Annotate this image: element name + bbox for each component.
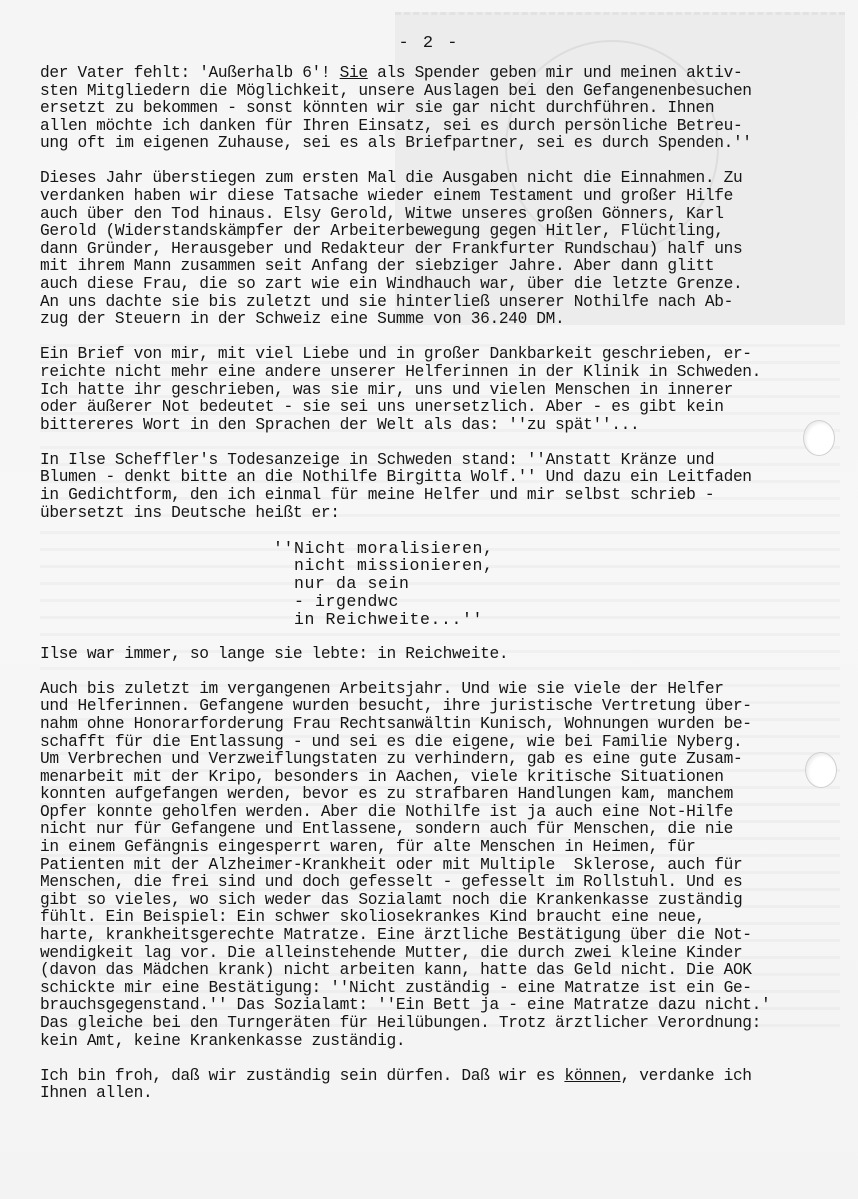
text-line: kein Amt, keine Krankenkasse zuständig.	[40, 1033, 840, 1051]
paragraph-p1: der Vater fehlt: 'Außerhalb 6'! Sie als …	[40, 65, 840, 153]
text-line: zug der Steuern in der Schweiz eine Summ…	[40, 311, 840, 329]
text-line: schafft für die Entlassung - und sei es …	[40, 734, 840, 752]
text-line: Ihnen allen.	[40, 1085, 840, 1103]
text-line: in Gedichtform, den ich einmal für meine…	[40, 487, 840, 505]
poem-line: ''Nicht moralisieren,	[273, 540, 840, 558]
text-line: In Ilse Scheffler's Todesanzeige in Schw…	[40, 452, 840, 470]
text-line: bittereres Wort in den Sprachen der Welt…	[40, 417, 840, 435]
text-line: Das gleiche bei den Turngeräten für Heil…	[40, 1015, 840, 1033]
paragraph-p3: Ein Brief von mir, mit viel Liebe und in…	[40, 346, 840, 434]
text-line: auch diese Frau, die so zart wie ein Win…	[40, 276, 840, 294]
text-line: Gerold (Widerstandskämpfer der Arbeiterb…	[40, 223, 840, 241]
text-line: sten Mitgliedern die Möglichkeit, unsere…	[40, 83, 840, 101]
text-line: Ein Brief von mir, mit viel Liebe und in…	[40, 346, 840, 364]
text-line: Dieses Jahr überstiegen zum ersten Mal d…	[40, 170, 840, 188]
paragraph-p5: Ilse war immer, so lange sie lebte: in R…	[40, 646, 840, 664]
letter-body: der Vater fehlt: 'Außerhalb 6'! Sie als …	[40, 65, 840, 1120]
text-line: nahm ohne Honorarforderung Frau Rechtsan…	[40, 716, 840, 734]
paragraph-p2: Dieses Jahr überstiegen zum ersten Mal d…	[40, 170, 840, 328]
text-line: Ich bin froh, daß wir zuständig sein dür…	[40, 1068, 840, 1086]
text-line: harte, krankheitsgerechte Matratze. Eine…	[40, 927, 840, 945]
paragraphs-before-poem: der Vater fehlt: 'Außerhalb 6'! Sie als …	[40, 65, 840, 522]
text-line: Um Verbrechen und Verzweiflungstaten zu …	[40, 751, 840, 769]
text-line: Menschen, die frei sind und doch gefesse…	[40, 874, 840, 892]
text-line: menarbeit mit der Kripo, besonders in Aa…	[40, 769, 840, 787]
text-line: mit ihrem Mann zusammen seit Anfang der …	[40, 258, 840, 276]
poem-line: - irgendwc	[273, 593, 840, 611]
text-line: übersetzt ins Deutsche heißt er:	[40, 505, 840, 523]
poem-line: nicht missionieren,	[273, 557, 840, 575]
paragraph-p4: In Ilse Scheffler's Todesanzeige in Schw…	[40, 452, 840, 522]
page-number: - 2 -	[0, 34, 858, 53]
poem-line: nur da sein	[273, 575, 840, 593]
text-line: dann Gründer, Herausgeber und Redakteur …	[40, 241, 840, 259]
text-line: ung oft im eigenen Zuhause, sei es als B…	[40, 135, 840, 153]
text-line: Patienten mit der Alzheimer-Krankheit od…	[40, 857, 840, 875]
text-line: ersetzt zu bekommen - sonst könnten wir …	[40, 100, 840, 118]
text-line: Auch bis zuletzt im vergangenen Arbeitsj…	[40, 681, 840, 699]
text-line: und Helferinnen. Gefangene wurden besuch…	[40, 698, 840, 716]
document-page: - 2 - der Vater fehlt: 'Außerhalb 6'! Si…	[0, 0, 858, 1199]
text-line: (davon das Mädchen krank) nicht arbeiten…	[40, 962, 840, 980]
text-line: Ilse war immer, so lange sie lebte: in R…	[40, 646, 840, 664]
text-line: wendigkeit lag vor. Die alleinstehende M…	[40, 945, 840, 963]
poem-line: in Reichweite...''	[273, 611, 840, 629]
underlined-emphasis: können	[564, 1067, 620, 1085]
text-line: oder äußerer Not bedeutet - sie sei uns …	[40, 399, 840, 417]
poem-block: ''Nicht moralisieren, nicht missionieren…	[273, 540, 840, 629]
underlined-emphasis: Sie	[340, 64, 368, 82]
text-line: reichte nicht mehr eine andere unserer H…	[40, 364, 840, 382]
text-line: schickte mir eine Bestätigung: ''Nicht z…	[40, 980, 840, 998]
text-line: Ich hatte ihr geschrieben, was sie mir, …	[40, 382, 840, 400]
text-line: An uns dachte sie bis zuletzt und sie hi…	[40, 294, 840, 312]
paragraph-p6: Auch bis zuletzt im vergangenen Arbeitsj…	[40, 681, 840, 1050]
text-line: verdanken haben wir diese Tatsache wiede…	[40, 188, 840, 206]
text-line: Opfer konnte geholfen werden. Aber die N…	[40, 804, 840, 822]
text-line: gibt so vieles, wo sich weder das Sozial…	[40, 892, 840, 910]
text-line: in einem Gefängnis eingesperrt waren, fü…	[40, 839, 840, 857]
text-line: konnten aufgefangen werden, bevor es zu …	[40, 786, 840, 804]
text-line: der Vater fehlt: 'Außerhalb 6'! Sie als …	[40, 65, 840, 83]
text-line: Blumen - denkt bitte an die Nothilfe Bir…	[40, 469, 840, 487]
paragraph-p7: Ich bin froh, daß wir zuständig sein dür…	[40, 1068, 840, 1103]
text-line: nicht nur für Gefangene und Entlassene, …	[40, 821, 840, 839]
text-line: brauchsgegenstand.'' Das Sozialamt: ''Ei…	[40, 997, 840, 1015]
paragraphs-after-poem: Ilse war immer, so lange sie lebte: in R…	[40, 646, 840, 1103]
text-line: allen möchte ich danken für Ihren Einsat…	[40, 118, 840, 136]
text-line: fühlt. Ein Beispiel: Ein schwer skoliose…	[40, 909, 840, 927]
text-line: auch über den Tod hinaus. Elsy Gerold, W…	[40, 206, 840, 224]
